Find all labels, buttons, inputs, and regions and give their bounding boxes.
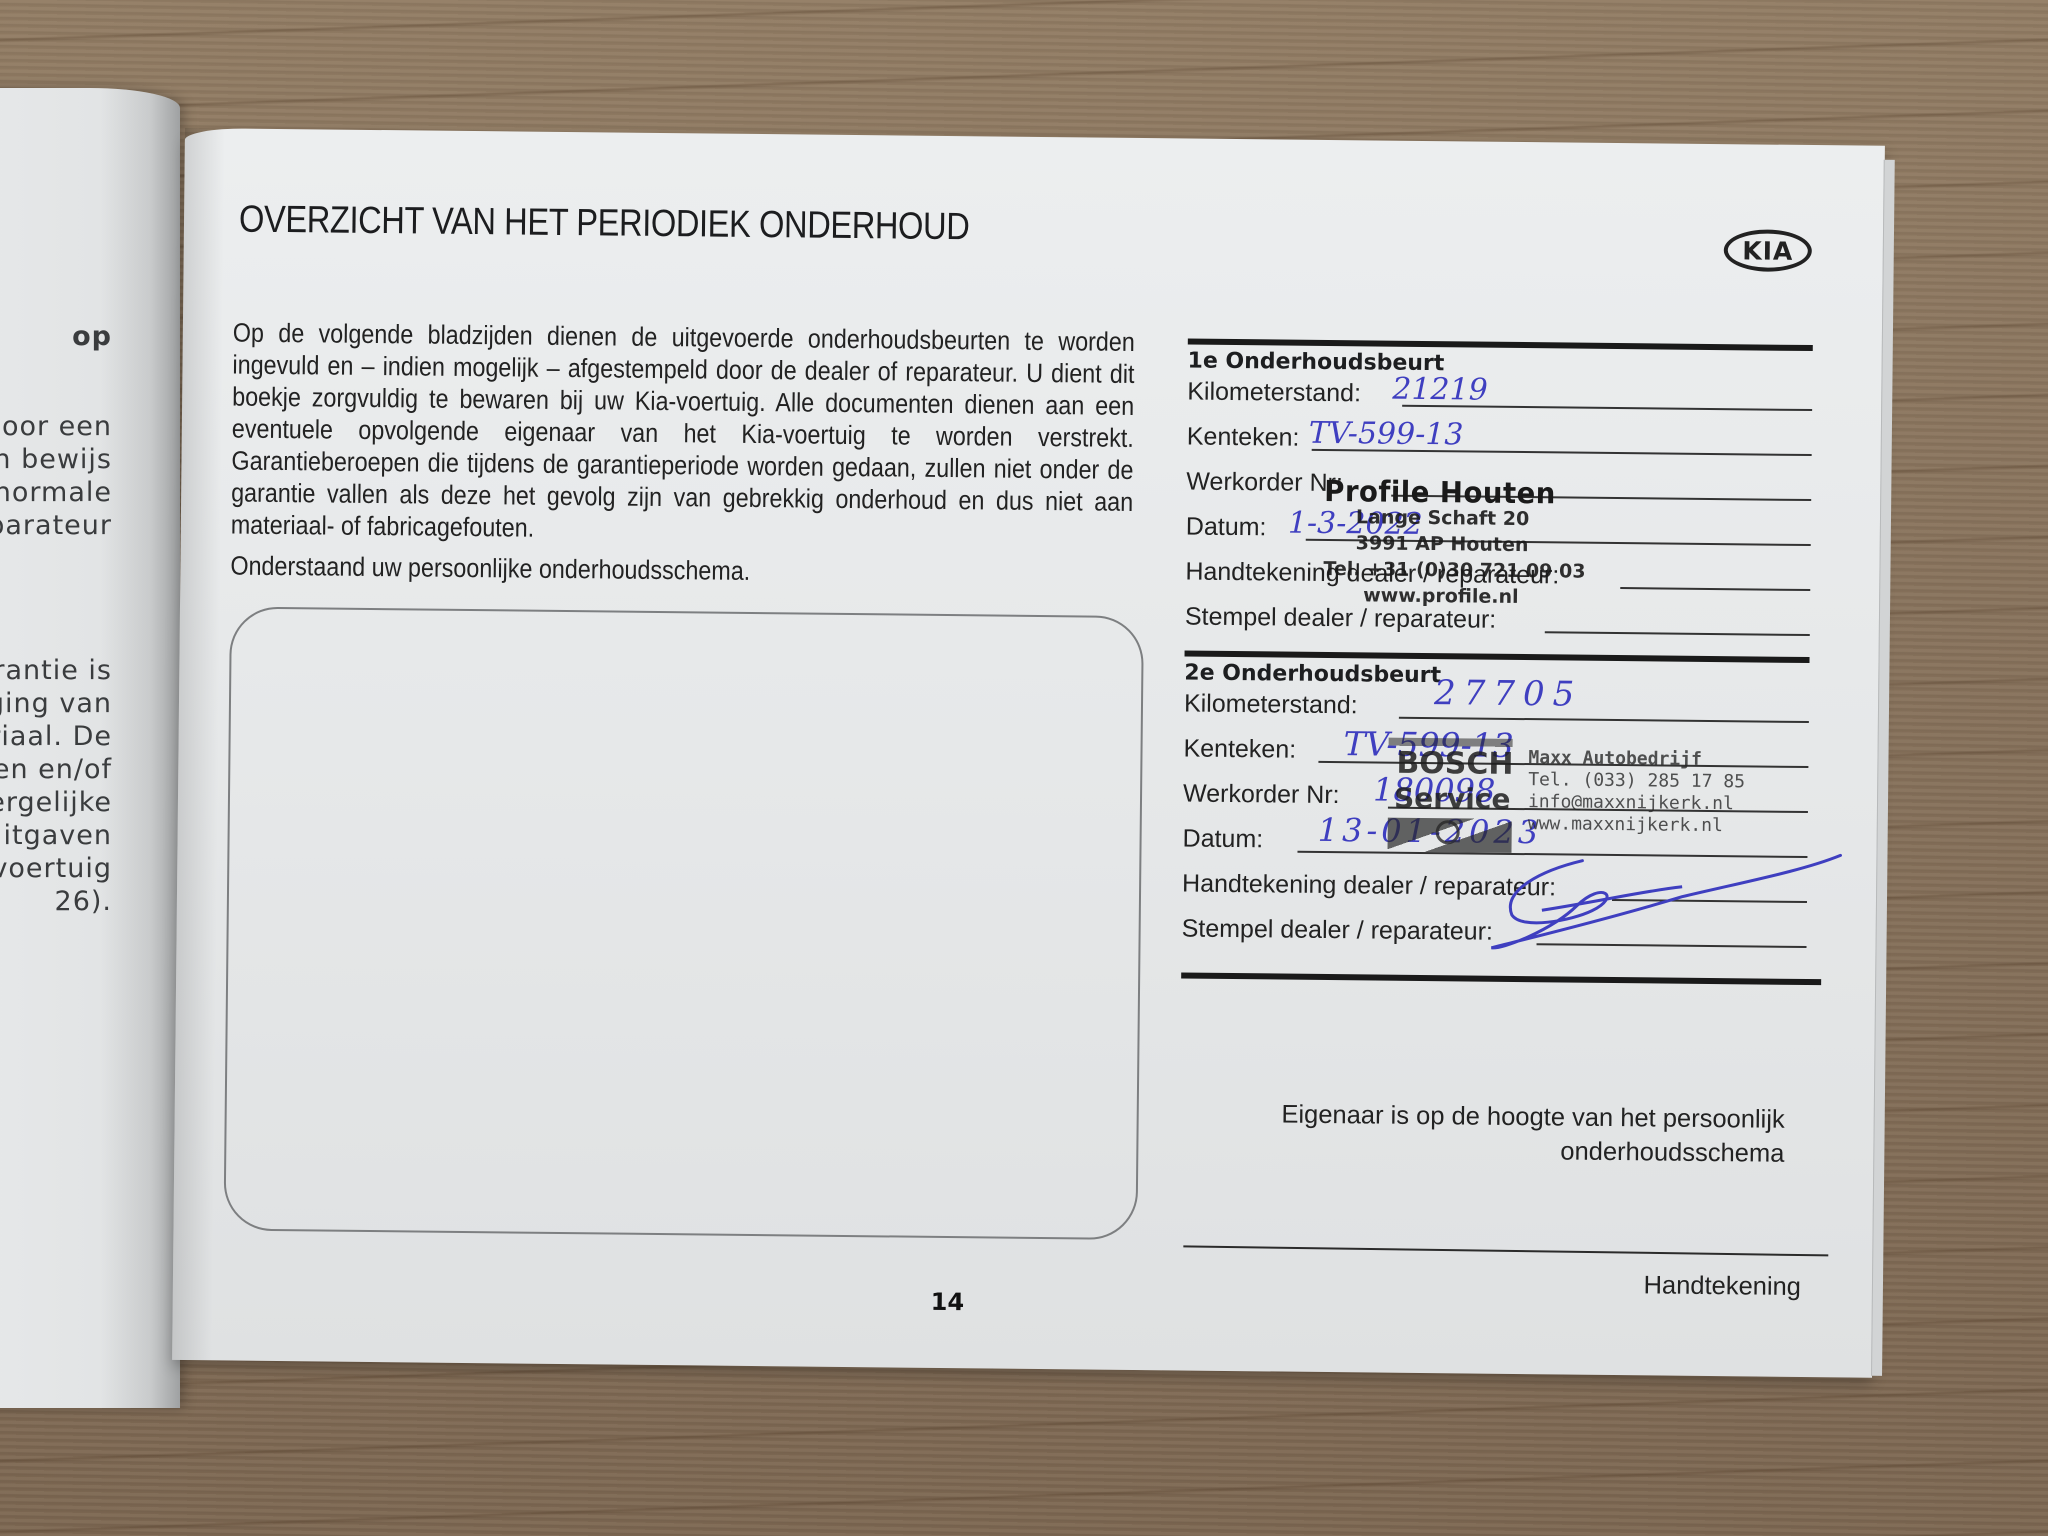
left-line: ging van: [0, 687, 112, 720]
service-text: Service: [1394, 782, 1511, 816]
left-line: 26).: [55, 885, 112, 918]
field-line: [1545, 631, 1810, 636]
dealer-stamp-profile: Profile Houten Lange Schaft 20 3991 AP H…: [1323, 478, 1586, 611]
owner-signature-line: [1183, 1245, 1828, 1256]
field-mileage: Kilometerstand: 27705: [1184, 686, 1809, 731]
intro-subline: Onderstaand uw persoonlijke onderhoudssc…: [230, 551, 750, 587]
left-line: itgaven: [4, 819, 112, 852]
stamp-line: Tel. +31 (0)30 721 09 03: [1323, 556, 1585, 585]
bosch-service-logo: BOSCH Service: [1388, 738, 1513, 851]
field-label: Kilometerstand:: [1187, 378, 1361, 409]
owner-signature-label: Handtekening: [1643, 1271, 1801, 1302]
stamp-company-name: Maxx Autobedrijf: [1528, 747, 1745, 771]
stamp-company-name: Profile Houten: [1324, 478, 1573, 507]
bosch-emblem-icon: [1387, 818, 1511, 853]
dealer-signature-scribble: [1481, 850, 1842, 964]
field-label: Kenteken:: [1183, 734, 1296, 764]
stamp-line: 3991 AP Houten: [1356, 530, 1586, 558]
left-line: en en/of: [0, 753, 112, 786]
field-label: Kenteken:: [1187, 423, 1300, 453]
left-page: op oor een n bewijs normale parateur ran…: [0, 88, 180, 1408]
handwritten-value: 27705: [1434, 673, 1583, 715]
left-heading-fragment: op: [72, 320, 112, 353]
stamp-email: info@maxxnijkerk.nl: [1528, 791, 1745, 815]
page-title: OVERZICHT VAN HET PERIODIEK ONDERHOUD: [239, 199, 970, 250]
kia-logo-icon: KIA: [1724, 229, 1812, 272]
left-line: parateur: [0, 509, 112, 542]
field-label: Werkorder Nr:: [1186, 468, 1343, 499]
owner-note-line: Eigenaar is op de hoogte van het persoon…: [1281, 1098, 1785, 1137]
owner-note-line: onderhoudsschema: [1281, 1132, 1785, 1171]
left-line: oor een: [2, 410, 112, 443]
gutter-shadow: [172, 128, 225, 1360]
page-number: 14: [931, 1288, 965, 1316]
left-line: ergelijke: [0, 786, 112, 819]
field-label: Datum:: [1182, 824, 1263, 854]
intro-paragraph: Op de volgende bladzijden dienen de uitg…: [231, 317, 1135, 550]
field-label: Datum:: [1186, 513, 1267, 543]
field-mileage: Kilometerstand: 21219: [1187, 375, 1812, 420]
bosch-text: BOSCH: [1396, 746, 1513, 782]
field-line: [1620, 587, 1810, 591]
right-page: OVERZICHT VAN HET PERIODIEK ONDERHOUD KI…: [172, 128, 1885, 1378]
left-line: rantie is: [0, 654, 112, 687]
left-line: normale: [0, 476, 112, 509]
left-line: riaal. De: [0, 720, 112, 753]
handwritten-value: TV-599-13: [1309, 416, 1464, 453]
field-label: Kilometerstand:: [1184, 689, 1358, 720]
owner-acknowledgement: Eigenaar is op de hoogte van het persoon…: [1281, 1098, 1785, 1171]
dealer-stamp-bosch-maxx: BOSCH Service Maxx Autobedrijf Tel. (033…: [1387, 738, 1748, 857]
divider: [1181, 972, 1821, 985]
field-license-plate: Kenteken: TV-599-13: [1187, 413, 1812, 465]
field-line: [1399, 717, 1809, 723]
page-edge: [1871, 160, 1895, 1376]
left-line: voertuig: [0, 852, 112, 885]
stamp-website: www.maxxnijkerk.nl: [1528, 813, 1745, 837]
stamp-line: Lange Schaft 20: [1356, 504, 1586, 532]
field-label: Werkorder Nr:: [1183, 779, 1340, 810]
stamp-details: Maxx Autobedrijf Tel. (033) 285 17 85 in…: [1528, 747, 1746, 837]
maintenance-schedule-box: [223, 606, 1143, 1240]
field-label: Stempel dealer / reparateur:: [1182, 914, 1494, 946]
left-line: n bewijs: [0, 443, 112, 476]
handwritten-value: 21219: [1392, 372, 1488, 408]
stamp-line: www.profile.nl: [1363, 582, 1585, 610]
stamp-phone: Tel. (033) 285 17 85: [1528, 769, 1745, 793]
